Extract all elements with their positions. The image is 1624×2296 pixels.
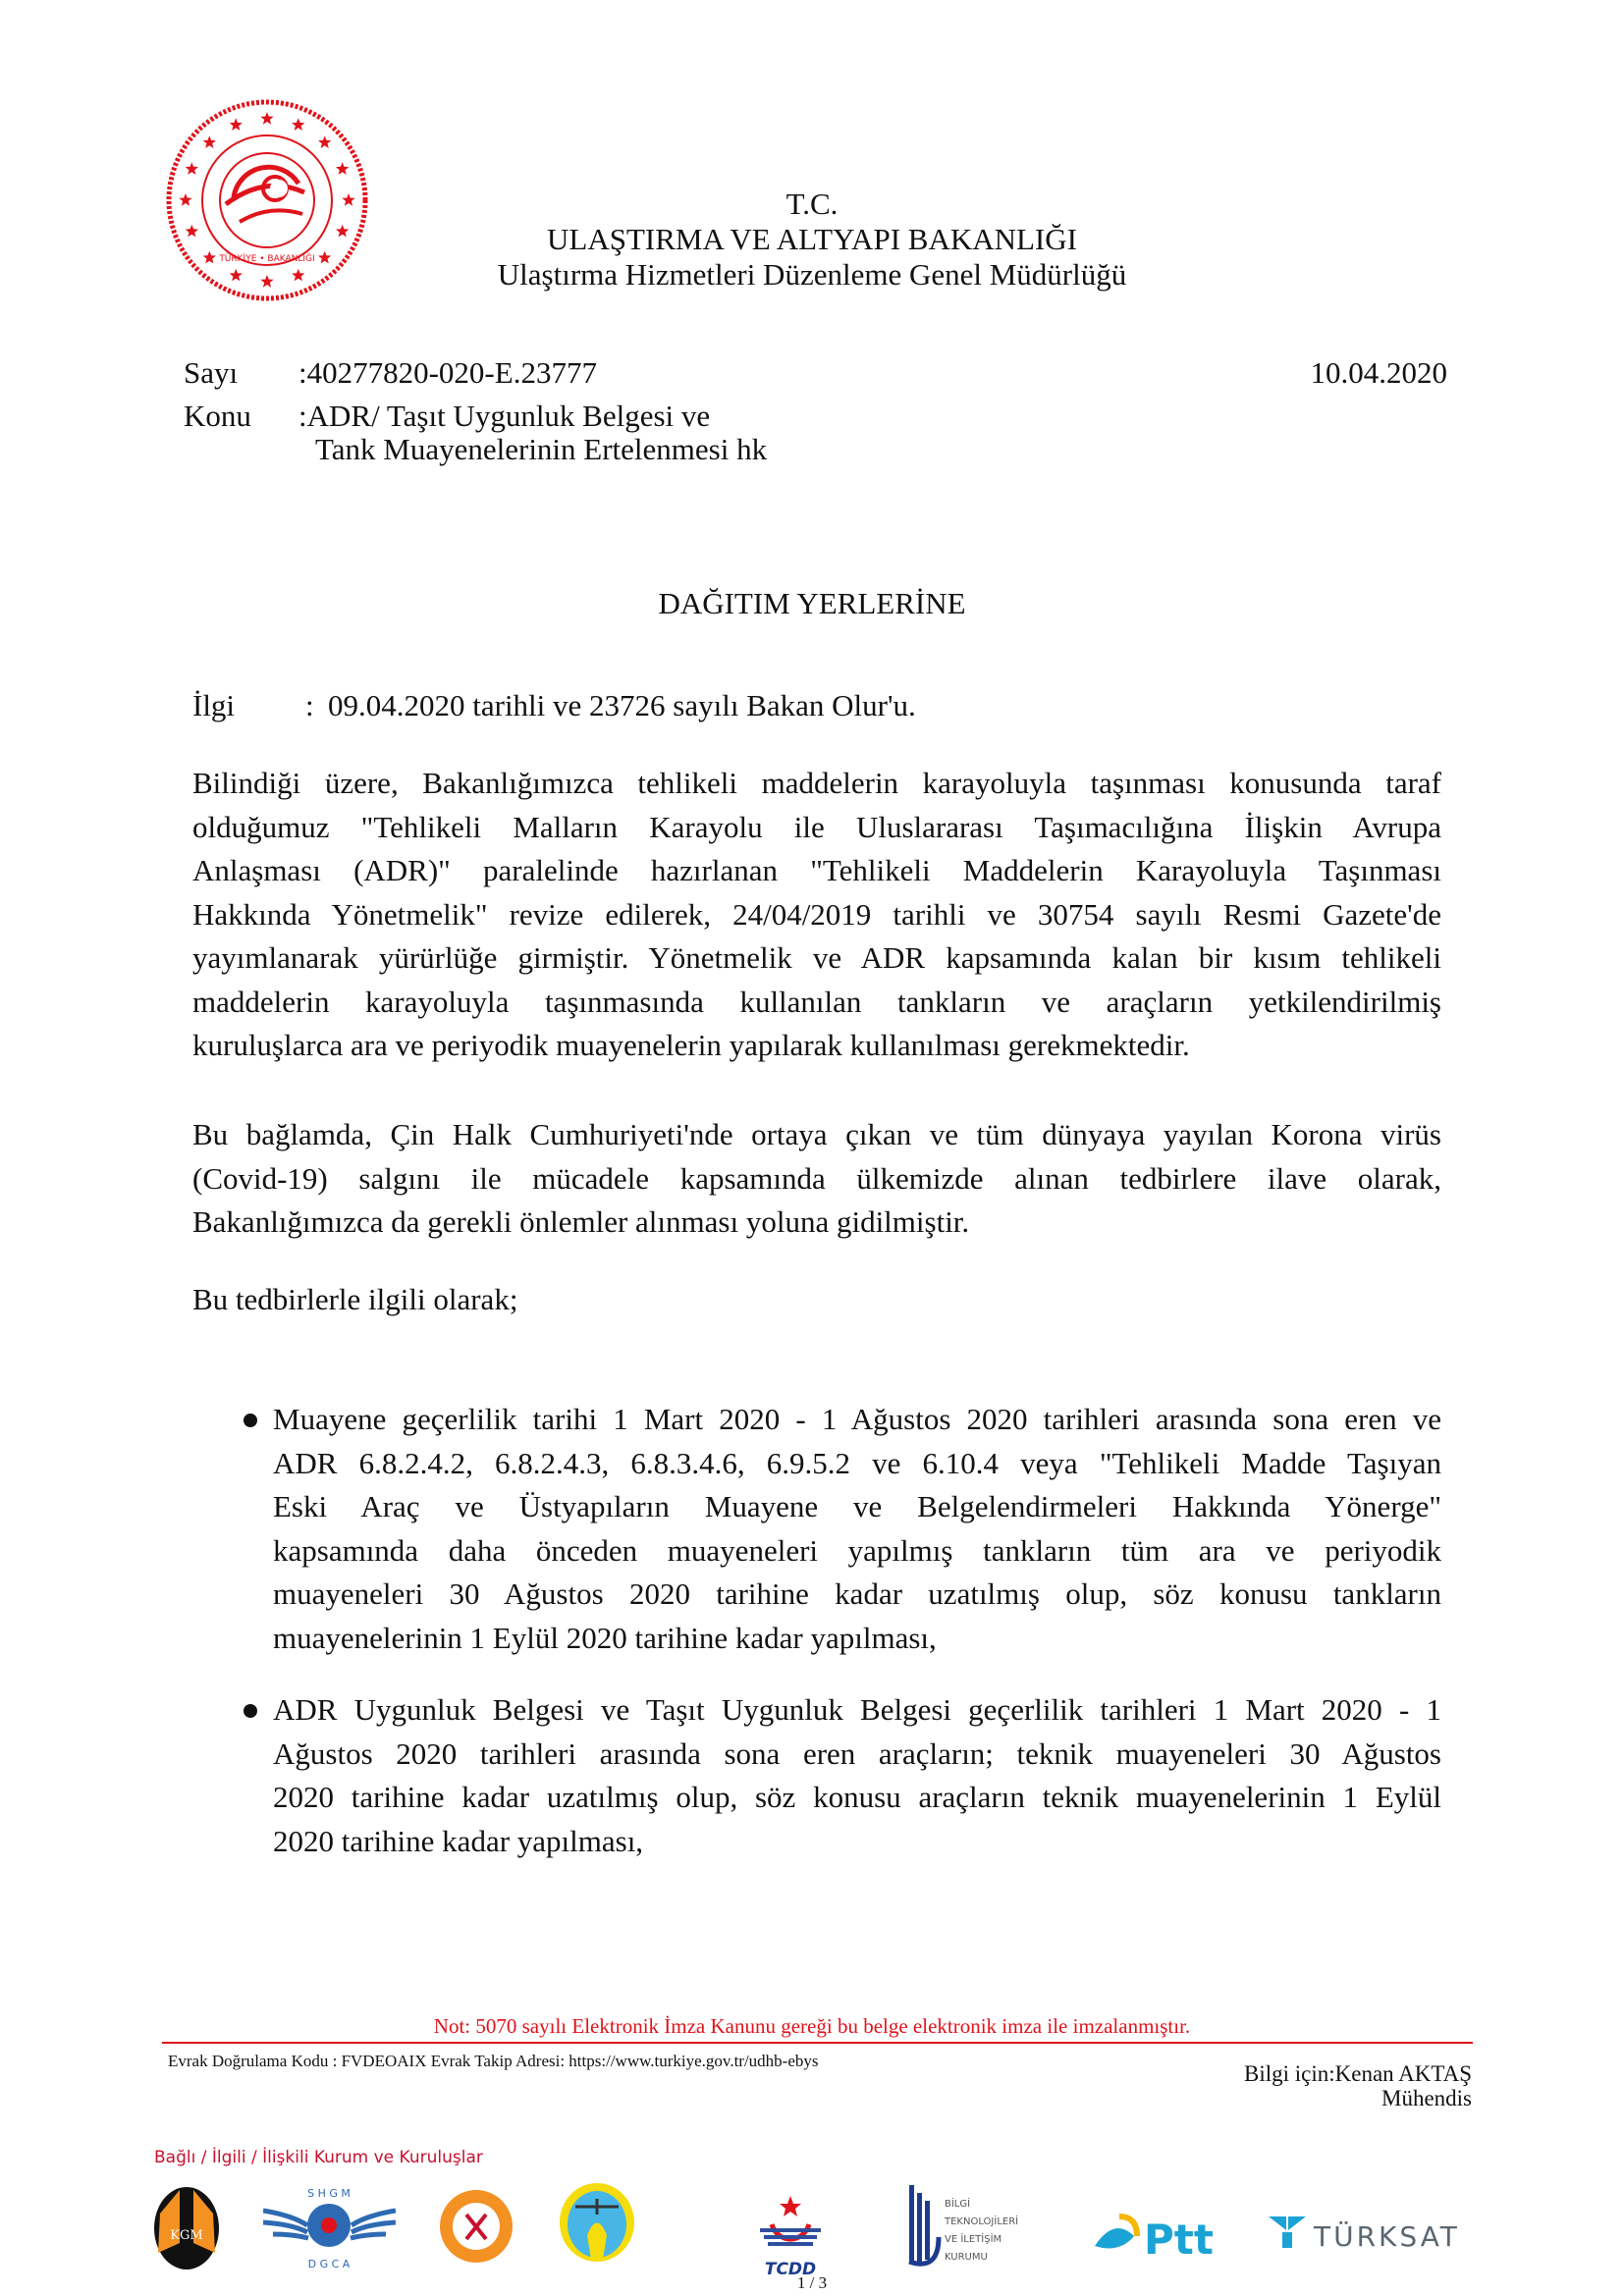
bullet-icon xyxy=(244,1414,257,1427)
footer-divider xyxy=(162,2042,1473,2044)
svg-text:KGM: KGM xyxy=(170,2228,202,2243)
page-number: 1 / 3 xyxy=(0,2273,1624,2293)
header-tc: T.C. xyxy=(0,187,1624,222)
verification-code: Evrak Doğrulama Kodu : FVDEOAIX Evrak Ta… xyxy=(168,2052,819,2071)
paragraph-2: Bu bağlamda, Çin Halk Cumhuriyeti'nde or… xyxy=(192,1113,1441,1245)
bullet-line: muayenelerinin 1 Eylül 2020 tarihine kad… xyxy=(273,1617,1441,1661)
header-ministry: ULAŞTIRMA VE ALTYAPI BAKANLIĞI xyxy=(0,222,1624,257)
konu-value-line2: Tank Muayenelerinin Ertelenmesi hk xyxy=(315,433,767,466)
svg-text:D G C A: D G C A xyxy=(308,2258,351,2270)
document-date: 10.04.2020 xyxy=(1311,356,1448,390)
bullet-line: ADR Uygunluk Belgesi ve Taşıt Uygunluk B… xyxy=(273,1688,1441,1733)
ilgi-value: 09.04.2020 tarihli ve 23726 sayılı Bakan… xyxy=(328,689,916,722)
header-directorate: Ulaştırma Hizmetleri Düzenleme Genel Müd… xyxy=(0,257,1624,293)
svg-text:BİLGİ: BİLGİ xyxy=(945,2197,970,2210)
kgm-logo-icon: KGM xyxy=(152,2184,221,2277)
contact-info: Bilgi için:Kenan AKTAŞ Mühendis xyxy=(1244,2061,1472,2110)
paragraph-line: Bu tedbirlerle ilgili olarak; xyxy=(192,1278,1441,1322)
affiliated-orgs-title: Bağlı / İlgili / İlişkili Kurum ve Kurul… xyxy=(154,2148,483,2167)
bullet-line: 2020 tarihine kadar uzatılmış olup, söz … xyxy=(273,1776,1441,1820)
bullet-line: Muayene geçerlilik tarihi 1 Mart 2020 - … xyxy=(273,1398,1441,1442)
paragraph-line: (Covid-19) salgını ile mücadele kapsamın… xyxy=(192,1157,1441,1201)
paragraph-line: kuruluşlarca ara ve periyodik muayeneler… xyxy=(192,1024,1441,1068)
paragraph-1: Bilindiği üzere, Bakanlığımızca tehlikel… xyxy=(192,762,1441,1068)
contact-name: Bilgi için:Kenan AKTAŞ xyxy=(1244,2061,1472,2086)
bullet-line: ADR 6.8.2.4.2, 6.8.2.4.3, 6.8.3.4.6, 6.9… xyxy=(273,1442,1441,1486)
paragraph-line: maddelerin karayoluyla taşınmasında kull… xyxy=(192,981,1441,1025)
e-signature-note: Not: 5070 sayılı Elektronik İmza Kanunu … xyxy=(0,2014,1624,2039)
paragraph-line: Bu bağlamda, Çin Halk Cumhuriyeti'nde or… xyxy=(192,1113,1441,1157)
paragraph-line: Bakanlığımızca da gerekli önlemler alınm… xyxy=(192,1201,1441,1245)
kiyi-emniyeti-logo-icon xyxy=(437,2185,515,2273)
paragraph-line: Hakkında Yönetmelik" revize edilerek, 24… xyxy=(192,893,1441,937)
sayi-value: :40277820-020-E.23777 xyxy=(298,356,597,390)
ptt-logo-icon: Ptt xyxy=(1090,2207,1227,2270)
shgm-logo-icon: S H G M D G C A xyxy=(263,2181,396,2279)
svg-text:KURUMU: KURUMU xyxy=(945,2252,988,2263)
contact-title: Mühendis xyxy=(1244,2086,1472,2110)
paragraph-line: Anlaşması (ADR)" paralelinde hazırlanan … xyxy=(192,849,1441,893)
paragraph-line: yayımlanarak yürürlüğe girmiştir. Yönetm… xyxy=(192,936,1441,981)
konu-label: Konu xyxy=(184,400,251,433)
paragraph-line: olduğumuz "Tehlikeli Malların Karayolu i… xyxy=(192,806,1441,850)
ilgi-colon: : xyxy=(305,689,314,722)
bullet-item-1: Muayene geçerlilik tarihi 1 Mart 2020 - … xyxy=(273,1398,1441,1660)
bullet-line: kapsamında daha önceden muayeneleri yapı… xyxy=(273,1529,1441,1574)
bullet-icon xyxy=(244,1704,257,1718)
dhmi-logo-icon xyxy=(558,2181,636,2276)
bullet-line: Eski Araç ve Üstyapıların Muayene ve Bel… xyxy=(273,1485,1441,1529)
konu-value-line1: :ADR/ Taşıt Uygunluk Belgesi ve xyxy=(298,400,710,433)
bullet-item-2: ADR Uygunluk Belgesi ve Taşıt Uygunluk B… xyxy=(273,1688,1441,1863)
svg-text:TEKNOLOJİLERİ: TEKNOLOJİLERİ xyxy=(944,2215,1018,2227)
sayi-label: Sayı xyxy=(184,356,238,390)
bullet-line: 2020 tarihine kadar yapılması, xyxy=(273,1820,1441,1864)
ilgi-label: İlgi xyxy=(192,689,235,722)
svg-text:TÜRKSAT: TÜRKSAT xyxy=(1313,2219,1460,2253)
recipient-title: DAĞITIM YERLERİNE xyxy=(0,587,1624,620)
turksat-logo-icon: TÜRKSAT xyxy=(1267,2209,1483,2263)
svg-text:VE İLETİŞİM: VE İLETİŞİM xyxy=(945,2232,1001,2245)
paragraph-3: Bu tedbirlerle ilgili olarak; xyxy=(192,1278,1441,1322)
svg-text:Ptt: Ptt xyxy=(1144,2216,1214,2264)
bullet-line: Ağustos 2020 tarihleri arasında sona ere… xyxy=(273,1733,1441,1777)
btk-logo-icon: BİLGİ TEKNOLOJİLERİ VE İLETİŞİM KURUMU xyxy=(901,2183,1039,2276)
bullet-line: muayeneleri 30 Ağustos 2020 tarihine kad… xyxy=(273,1573,1441,1617)
paragraph-line: Bilindiği üzere, Bakanlığımızca tehlikel… xyxy=(192,762,1441,806)
svg-text:S H G M: S H G M xyxy=(307,2187,351,2200)
tcdd-logo-icon: TCDD xyxy=(756,2191,825,2284)
